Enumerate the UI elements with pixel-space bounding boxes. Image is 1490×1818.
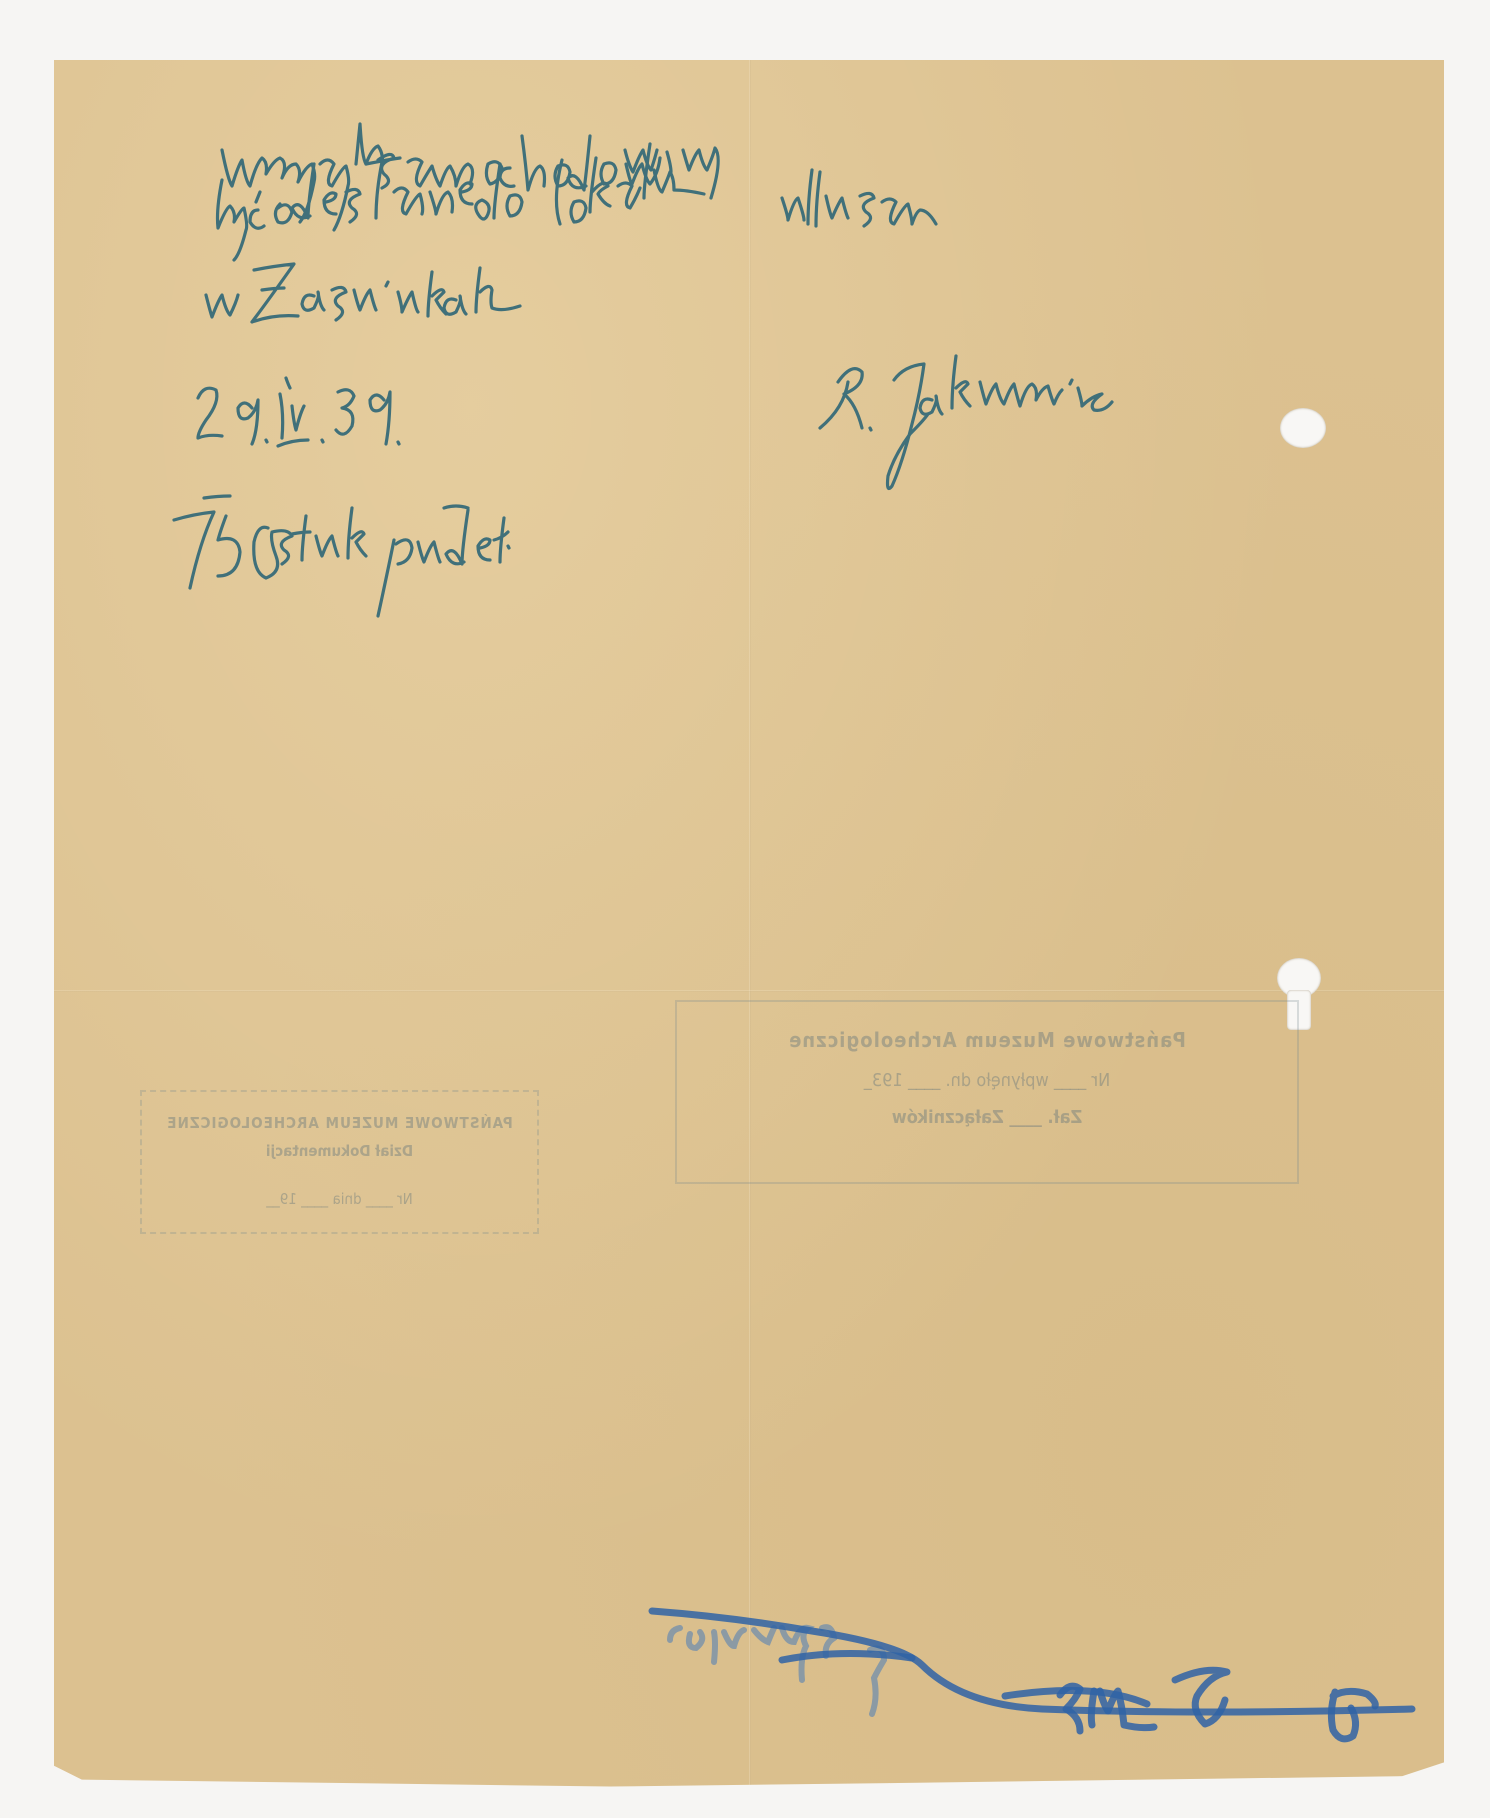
date-text: 29.IV.39 — [198, 395, 379, 446]
note-text: 75 sztuk pudeł — [174, 515, 501, 566]
line3-text: w Zasiukach — [206, 280, 485, 331]
line2-text: być odesłane do lokalu Muzeum — [218, 210, 933, 261]
signature-text: R. Jakimowicz — [820, 380, 1133, 431]
crayon-marking — [0, 0, 1490, 1818]
scan-background: Państwowe Muzeum Archeologiczne Nr ____ … — [0, 0, 1490, 1818]
crayon-text: 28.III.39 Jażdżewski — [660, 1640, 1112, 1691]
line1-text: wracających samochodów winny — [218, 150, 946, 201]
